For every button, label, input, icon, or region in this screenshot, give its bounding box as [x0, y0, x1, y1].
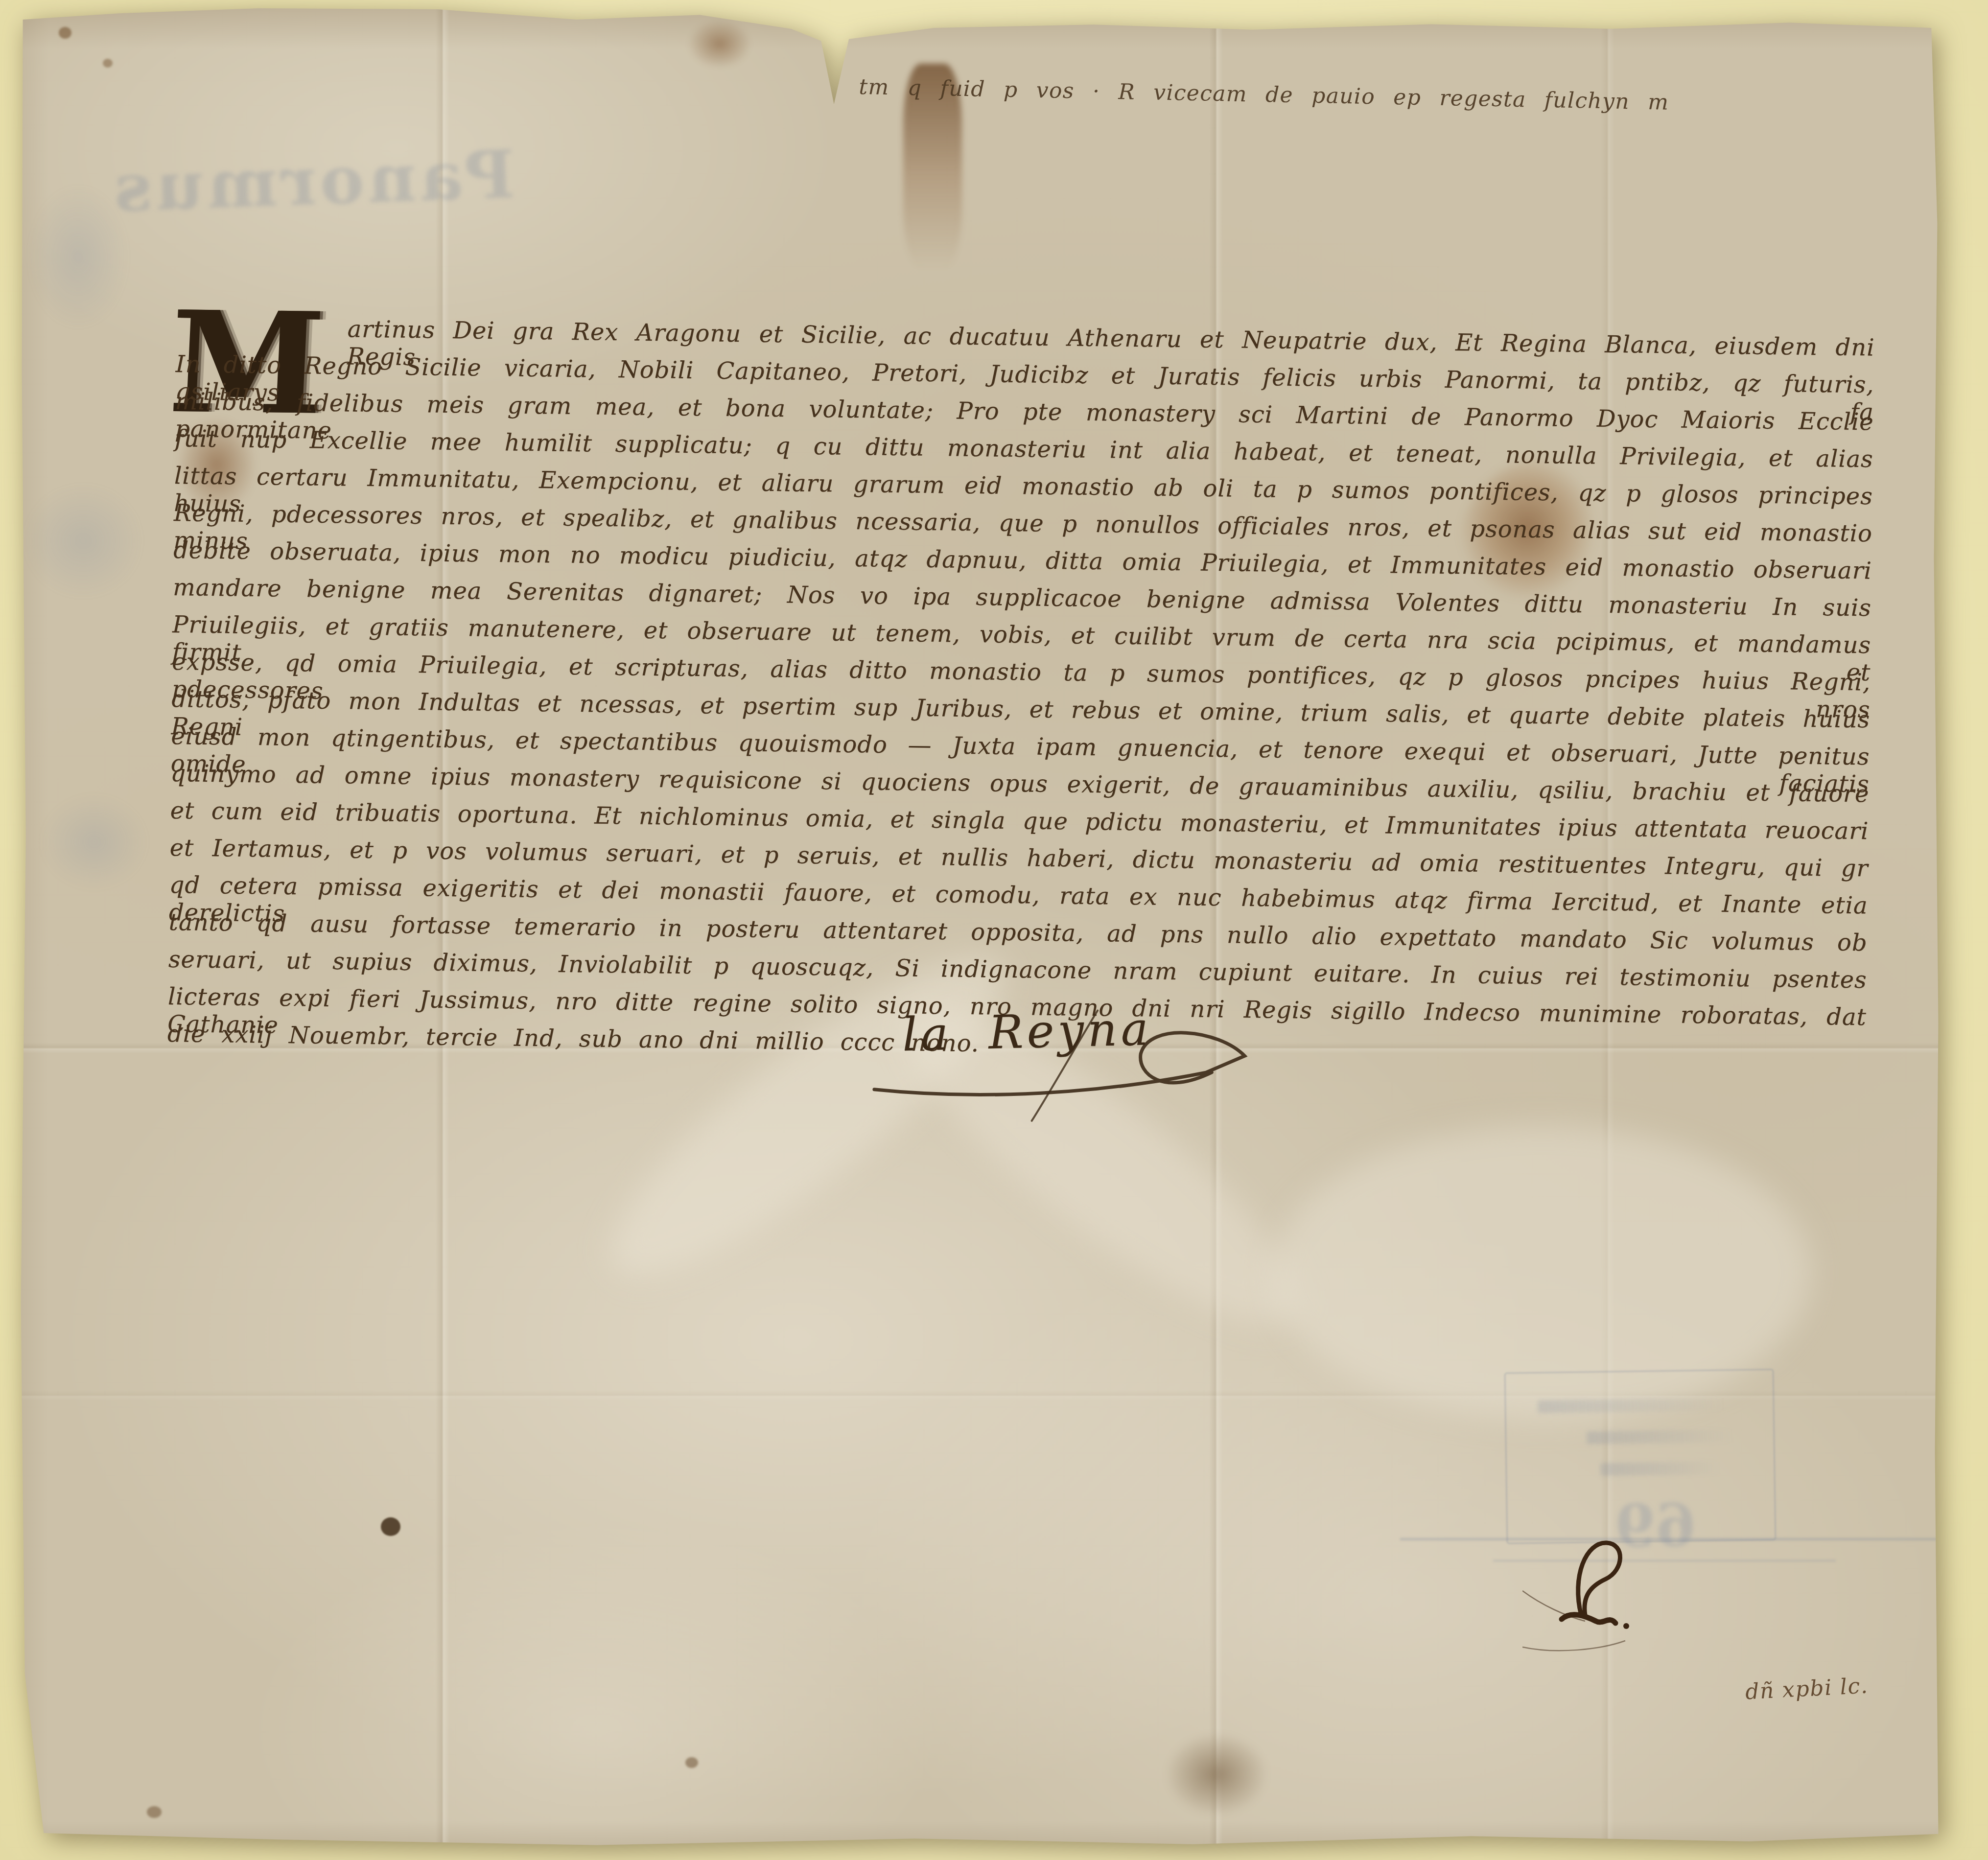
small-spot [685, 1757, 698, 1768]
parchment: Panormus 69 tm q fuid p vos · R vicecam … [0, 0, 1988, 1860]
signature-flourish [867, 998, 1272, 1139]
ink-spot [381, 1517, 400, 1536]
small-spot [103, 59, 113, 68]
chancery-annotation: tm q fuid p vos · R vicecam de pauio ep … [859, 74, 1789, 117]
small-spot [147, 1806, 162, 1818]
verso-docket-ghost-text: Panormus [109, 135, 516, 227]
parchment-shadow: Panormus 69 tm q fuid p vos · R vicecam … [0, 0, 1988, 1860]
charter-text-block: M artinus Dei gra Rex Aragonu et Sicilie… [167, 313, 1874, 1078]
ghost-stamp-text-row [1538, 1398, 1725, 1413]
ghost-stamp-text-row [1587, 1429, 1733, 1444]
notarial-paraph [1522, 1532, 1684, 1654]
album-page: Panormus 69 tm q fuid p vos · R vicecam … [0, 0, 1988, 1860]
stain-bottom-center [1165, 1733, 1268, 1816]
stain-top-edge [688, 20, 751, 69]
verso-ghost-smudge [24, 485, 142, 597]
ghost-stamp-text-row [1600, 1462, 1721, 1476]
registration-note: dñ xpbi lc. [1745, 1673, 1869, 1704]
verso-ghost-smudge [42, 795, 147, 888]
royal-signature: la Reyna [867, 998, 1272, 1139]
verso-archive-stamp-ghost: 69 [1504, 1369, 1777, 1544]
verso-ghost-smudge [29, 186, 127, 328]
small-spot [59, 27, 71, 39]
